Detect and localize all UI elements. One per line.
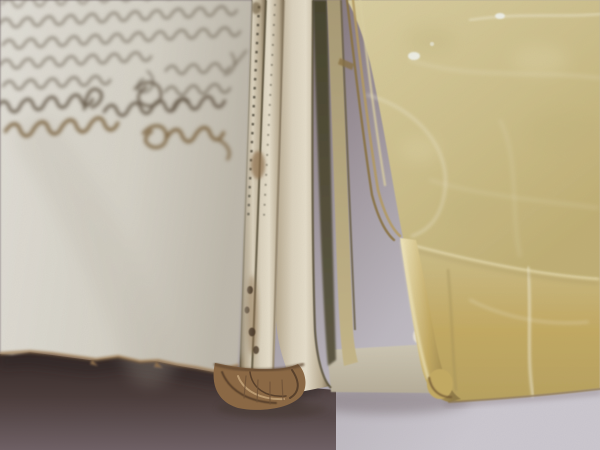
photo-frame: Close-up photograph of early-modern arch… <box>0 0 600 450</box>
photo-grain-overlay <box>0 0 600 450</box>
manuscript-and-parchment-photo <box>0 0 600 450</box>
